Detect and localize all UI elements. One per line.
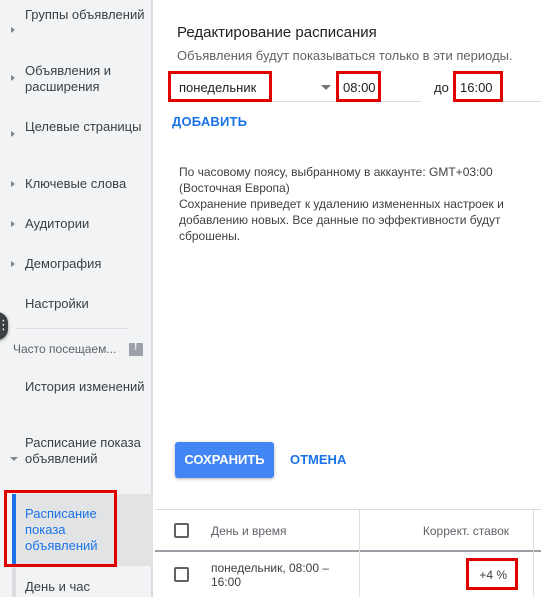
column-header-bid-adj[interactable]: Коррект. ставок (423, 524, 509, 538)
add-button[interactable]: ДОБАВИТЬ (172, 114, 247, 129)
from-time-input[interactable]: 08:00 (341, 74, 421, 102)
column-separator (533, 510, 534, 597)
caret-right-icon (11, 131, 15, 137)
caret-right-icon (11, 221, 15, 227)
feedback-icon[interactable] (129, 343, 143, 356)
caret-right-icon (11, 261, 15, 267)
sidebar-item-day-hour[interactable]: День и час (0, 579, 153, 597)
to-time-input[interactable]: 16:00 (456, 74, 541, 102)
caret-right-icon (11, 27, 15, 33)
table-header: День и время Коррект. ставок (155, 510, 541, 552)
sidebar-item-label: Объявления и расширения (25, 63, 145, 95)
cell-day-time: понедельник, 08:00 – 16:00 (211, 561, 351, 589)
sidebar-item-label: История изменений (25, 379, 145, 395)
page-subtitle: Объявления будут показываться только в э… (177, 48, 513, 63)
caret-down-icon (10, 457, 18, 461)
sidebar-item-landing-pages[interactable]: Целевые страницы (0, 119, 153, 155)
sidebar-item-label: Расписание показа объявлений (25, 506, 135, 554)
sidebar-item-audiences[interactable]: Аудитории (0, 216, 153, 234)
save-warning-text: Сохранение приведет к удалению измененны… (179, 196, 539, 244)
sidebar-item-label: Расписание показа объявлений (25, 435, 145, 467)
column-header-day-time[interactable]: День и время (211, 524, 287, 538)
sidebar-item-label: Ключевые слова (25, 176, 145, 192)
sidebar-item-label: Демография (25, 256, 145, 272)
day-select[interactable]: понедельник (171, 74, 339, 102)
sidebar-item-ads-extensions[interactable]: Объявления и расширения (0, 63, 153, 99)
select-all-checkbox[interactable] (174, 523, 189, 538)
column-separator (359, 510, 360, 597)
caret-right-icon (11, 75, 15, 81)
sidebar-item-settings[interactable]: Настройки (0, 296, 153, 314)
sidebar: Группы объявлений Объявления и расширени… (0, 0, 153, 597)
cancel-button[interactable]: ОТМЕНА (290, 442, 346, 478)
sidebar-item-ad-schedule-parent[interactable]: Расписание показа объявлений (0, 435, 153, 487)
sidebar-item-label: Целевые страницы (25, 119, 145, 135)
sidebar-item-keywords[interactable]: Ключевые слова (0, 176, 153, 194)
caret-right-icon (11, 181, 15, 187)
sidebar-item-label: Группы объявлений (25, 7, 145, 23)
cell-bid-adj[interactable]: +4 % (479, 568, 507, 582)
sidebar-item-ad-groups[interactable]: Группы объявлений (0, 7, 153, 43)
dropdown-arrow-icon[interactable] (321, 85, 331, 90)
sidebar-item-label: Настройки (25, 296, 145, 312)
sidebar-item-change-history[interactable]: История изменений (0, 379, 153, 415)
frequent-section-header: Часто посещаем... (13, 342, 116, 356)
sidebar-item-label: День и час (25, 579, 145, 595)
page-title: Редактирование расписания (177, 24, 377, 41)
schedule-editor: Редактирование расписания Объявления буд… (155, 0, 541, 597)
sidebar-item-label: Аудитории (25, 216, 145, 232)
sidebar-item-ad-schedule-selected[interactable]: Расписание показа объявлений (12, 494, 153, 566)
timezone-text: По часовому поясу, выбранному в аккаунте… (179, 164, 539, 196)
sidebar-divider (17, 328, 129, 329)
drag-handle-icon[interactable] (0, 312, 8, 340)
timezone-info: По часовому поясу, выбранному в аккаунте… (179, 164, 539, 244)
save-button[interactable]: СОХРАНИТЬ (175, 442, 274, 478)
sidebar-item-demographics[interactable]: Демография (0, 256, 153, 274)
schedule-table: День и время Коррект. ставок понедельник… (155, 509, 541, 597)
row-checkbox[interactable] (174, 567, 189, 582)
to-label: до (434, 74, 449, 102)
